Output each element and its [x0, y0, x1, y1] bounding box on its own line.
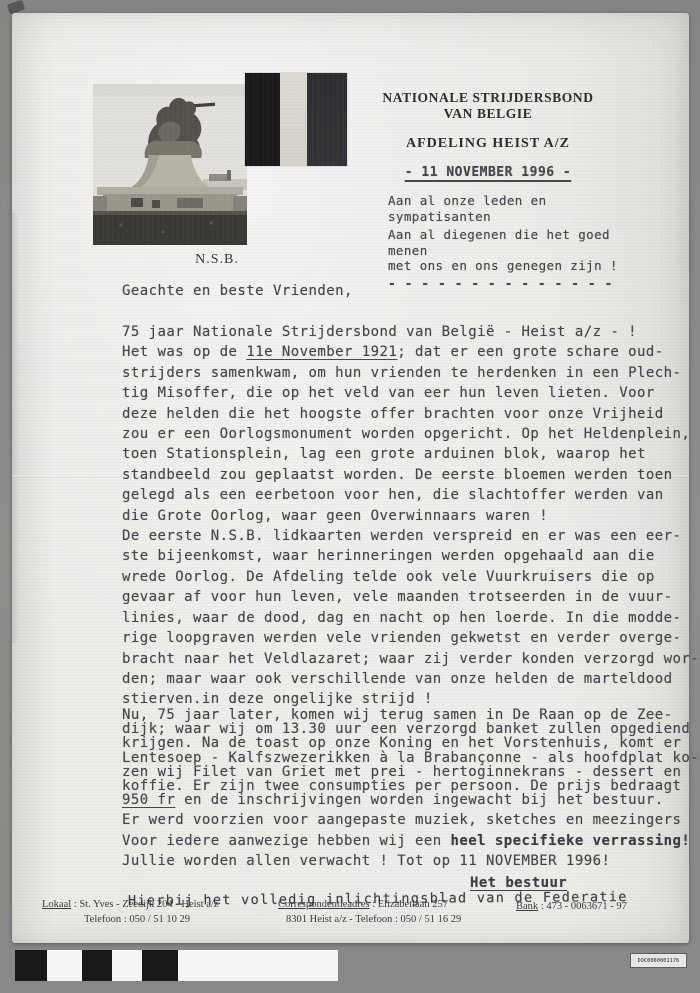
letter-paragraph: Nu, 75 jaar later, komen wij terug samen… — [122, 708, 699, 807]
footer-location-line1: Lokaal : St. Yves - Zeedijk 204 - Heist … — [42, 899, 218, 910]
addressee-line: Aan al onze leden en sympatisanten — [388, 193, 644, 224]
calibration-white-square — [112, 950, 142, 981]
letter-line: zou er een Oorlogsmonument worden opgeri… — [122, 424, 699, 444]
letter-text-segment: gevaar af voor hun leven, vele maanden t… — [122, 589, 672, 605]
flag-stripe-black — [245, 73, 280, 166]
letter-text-segment: 950 fr — [122, 792, 175, 808]
letter-line: linies, waar de dood, dag en nacht op he… — [122, 608, 699, 628]
letter-text-segment: en de inschrijvingen worden ingewacht bi… — [175, 792, 663, 808]
letter-line: De eerste N.S.B. lidkaarten werden versp… — [122, 526, 699, 546]
calibration-black-square — [142, 950, 178, 981]
addressee-line: met ons en ons genegen zijn ! — [388, 258, 644, 274]
letter-text-segment: Voor iedere aanwezige hebben wij een — [122, 833, 451, 849]
letter-paragraph: 75 jaar Nationale Strijdersbond van Belg… — [122, 322, 699, 710]
letter-text-segment: tig Misoffer, die op het veld van eer hu… — [122, 385, 655, 401]
letter-line: Jullie worden allen verwacht ! Tot op 11… — [122, 851, 690, 872]
letter-line: die Grote Oorlog, waar geen Overwinnaars… — [122, 506, 699, 526]
letter-text-segment: stierven.in deze ongelijke strijd ! — [122, 691, 433, 707]
letter-line: Lentesoep - Kalfszwezerikken à la Braban… — [122, 751, 699, 765]
letter-line: rige loopgraven werden vele vrienden gek… — [122, 628, 699, 648]
letter-line: toen Stationsplein, lag een grote arduin… — [122, 444, 699, 464]
footer-location-rest: : St. Yves - Zeedijk 204 - Heist a/z — [71, 899, 218, 910]
letter-line: tig Misoffer, die op het veld van eer hu… — [122, 383, 699, 403]
letter-page: N.S.B. NATIONALE STRIJDERSBOND VAN BELGI… — [12, 13, 689, 943]
letter-line: deze helden die het hoogste offer bracht… — [122, 404, 699, 424]
letter-text-segment: Er werd voorzien voor aangepaste muziek,… — [122, 812, 681, 828]
letter-text-segment: rige loopgraven werden vele vrienden gek… — [122, 630, 681, 646]
letter-line: wrede Oorlog. De Afdeling telde ook vele… — [122, 567, 699, 587]
letter-line: Er werd voorzien voor aangepaste muziek,… — [122, 810, 690, 831]
letter-text-segment: toen Stationsplein, lag een grote arduin… — [122, 446, 646, 462]
letter-line: standbeeld zou geplaatst worden. De eers… — [122, 465, 699, 485]
flag-stripe-light — [280, 73, 307, 166]
letter-text-segment: ste bijeenkomst, waar herinneringen werd… — [122, 548, 655, 564]
letter-line: ste bijeenkomst, waar herinneringen werd… — [122, 546, 699, 566]
footer-correspondence: Correspondentieadres : Elizabetlaan 257 … — [278, 899, 461, 925]
letter-line: Nu, 75 jaar later, komen wij terug samen… — [122, 708, 699, 722]
letter-text-segment: 75 jaar Nationale Strijdersbond van Belg… — [122, 324, 637, 340]
scanned-letter: N.S.B. NATIONALE STRIJDERSBOND VAN BELGI… — [0, 0, 700, 993]
footer-correspondence-label: Correspondentieadres — [278, 899, 370, 910]
letter-date: - 11 NOVEMBER 1996 - — [332, 165, 644, 180]
letter-line: gevaar af voor hun leven, vele maanden t… — [122, 587, 699, 607]
org-name-line1: NATIONALE STRIJDERSBOND — [332, 90, 644, 106]
letterhead-block: NATIONALE STRIJDERSBOND VAN BELGIE AFDEL… — [332, 90, 644, 292]
footer-location-label: Lokaal — [42, 899, 71, 910]
footer-bank: Bank : 473 - 0063671 - 97 — [516, 901, 627, 912]
footer-location: Lokaal : St. Yves - Zeedijk 204 - Heist … — [42, 899, 218, 925]
letter-text-segment: De eerste N.S.B. lidkaarten werden versp… — [122, 528, 681, 544]
letter-text-segment: zou er een Oorlogsmonument worden opgeri… — [122, 426, 690, 442]
photo-caption: N.S.B. — [172, 252, 262, 268]
letter-line: Het was op de 11e November 1921; dat er … — [122, 342, 699, 362]
letter-line: bracht naar het Veldlazaret; waar zij ve… — [122, 649, 699, 669]
letter-text-segment: standbeeld zou geplaatst worden. De eers… — [122, 467, 672, 483]
letter-text-segment: gelegd als een eerbetoon voor hen, die s… — [122, 487, 664, 503]
addressee-line: Aan al diegenen die het goed menen — [388, 227, 644, 258]
letter-text-segment: ; dat er een grote schare oud- — [397, 344, 663, 360]
footer-correspondence-line2: 8301 Heist a/z - Telefoon : 050 / 51 16 … — [278, 914, 461, 925]
org-name-line2: VAN BELGIE — [332, 106, 644, 122]
letter-line: dijk; waar wij om 13.30 uur een verzorgd… — [122, 722, 699, 736]
footer-correspondence-line1: Correspondentieadres : Elizabetlaan 257 — [278, 899, 461, 910]
page-edge-shadow — [12, 213, 19, 643]
footer-correspondence-rest: : Elizabetlaan 257 — [370, 899, 448, 910]
letter-text-segment: bracht naar het Veldlazaret; waar zij ve… — [122, 651, 699, 667]
footer-bank-label: Bank — [516, 901, 538, 912]
letter-line: strijders samenkwam, om hun vrienden te … — [122, 363, 699, 383]
letter-line: zen wij Filet van Griet met prei - herto… — [122, 765, 699, 779]
letter-line: Voor iedere aanwezige hebben wij een hee… — [122, 831, 690, 852]
monument-photo — [93, 84, 247, 245]
letter-text-segment: Het was op de — [122, 344, 246, 360]
letter-paragraph: Er werd voorzien voor aangepaste muziek,… — [122, 810, 690, 872]
letter-text-segment: Jullie worden allen verwacht ! Tot op 11… — [122, 853, 610, 869]
calibration-strip — [15, 950, 338, 981]
calibration-black-square — [15, 950, 47, 981]
letter-line: gelegd als een eerbetoon voor hen, die s… — [122, 485, 699, 505]
footer-location-phone: Telefoon : 050 / 51 10 29 — [42, 914, 218, 925]
letter-text-segment: die Grote Oorlog, waar geen Overwinnaars… — [122, 508, 548, 524]
letter-text-segment: heel specifieke verrassing! — [451, 833, 691, 849]
footer-bank-rest: : 473 - 0063671 - 97 — [538, 901, 627, 912]
letter-line: den; maar waar ook verschillende van onz… — [122, 669, 699, 689]
dashed-rule: - - - - - - - - - - - - - - — [332, 277, 644, 292]
letter-line: 950 fr en de inschrijvingen worden ingew… — [122, 793, 699, 807]
letter-line: 75 jaar Nationale Strijdersbond van Belg… — [122, 322, 699, 342]
letter-text-segment: linies, waar de dood, dag en nacht op he… — [122, 610, 681, 626]
addressee-block: Aan al onze leden en sympatisanten Aan a… — [332, 193, 644, 274]
monument-illustration — [93, 84, 247, 245]
letter-text-segment: strijders samenkwam, om hun vrienden te … — [122, 365, 681, 381]
letter-line: koffie. Er zijn twee consumpties per per… — [122, 779, 699, 793]
inventory-label: DOC0060001176 — [630, 953, 687, 968]
calibration-white-bar — [178, 950, 338, 981]
letter-text-segment: den; maar waar ook verschillende van onz… — [122, 671, 672, 687]
salutation: Geachte en beste Vrienden, — [122, 283, 353, 299]
calibration-black-square — [82, 950, 112, 981]
letter-text-segment: deze helden die het hoogste offer bracht… — [122, 406, 664, 422]
signature: Het bestuur — [470, 875, 567, 891]
calibration-white-square — [47, 950, 82, 981]
letter-text-segment: wrede Oorlog. De Afdeling telde ook vele… — [122, 569, 655, 585]
letter-line: krijgen. Na de toast op onze Koning en h… — [122, 736, 699, 750]
division-title: AFDELING HEIST A/Z — [332, 136, 644, 152]
letter-text-segment: 11e November 1921 — [246, 344, 397, 360]
